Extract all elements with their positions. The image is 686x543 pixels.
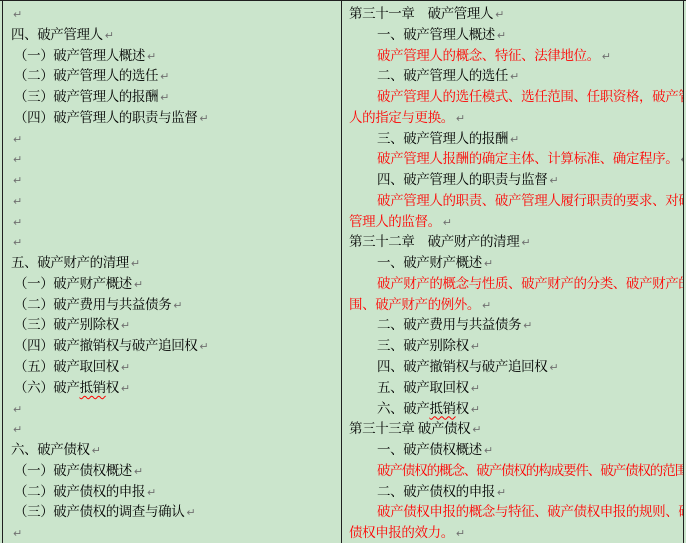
paragraph-mark-icon: ↵ [199, 340, 208, 353]
text-segment: 权 [456, 401, 469, 416]
paragraph-mark-icon: ↵ [497, 29, 506, 42]
text-line[interactable]: 三、破产管理人的报酬↵ [342, 129, 683, 150]
paragraph-mark-icon: ↵ [472, 423, 481, 436]
text-line[interactable]: ↵ [3, 419, 341, 440]
text-line[interactable]: 二、破产费用与共益债务↵ [342, 315, 683, 336]
paragraph-mark-icon: ↵ [13, 403, 22, 416]
text-segment: （三）破产别除权 [14, 317, 119, 332]
text-line[interactable]: 四、破产撤销权与破产追回权↵ [342, 357, 683, 378]
text-segment: 二、破产管理人的选任 [377, 68, 508, 83]
text-line[interactable]: （三）破产别除权↵ [3, 315, 341, 336]
text-line[interactable]: 六、破产抵销权↵ [342, 399, 683, 420]
text-segment: （四）破产撤销权与破产追回权 [14, 338, 197, 353]
text-segment: 一、破产财产概述 [377, 255, 482, 270]
text-segment: （六）破产 [14, 380, 80, 395]
paragraph-mark-icon: ↵ [13, 195, 22, 208]
text-line[interactable]: ↵ [3, 170, 341, 191]
text-line[interactable]: （四）破产撤销权与破产追回权↵ [3, 336, 341, 357]
text-segment: （一）破产债权概述 [14, 463, 132, 478]
text-line[interactable]: 破产管理人的概念、特征、法律地位。↵ [342, 46, 683, 67]
text-line[interactable]: 一、破产财产概述↵ [342, 253, 683, 274]
paragraph-mark-icon: ↵ [13, 174, 22, 187]
text-line[interactable]: 破产债权申报的概念与特征、破产债权申报的规则、破产 [342, 502, 683, 523]
text-segment: 一、破产债权概述 [377, 442, 482, 457]
paragraph-mark-icon: ↵ [160, 91, 169, 104]
text-segment: 破产债权的概念、破产债权的构成要件、破产债权的范围。 [377, 463, 684, 478]
text-line[interactable]: 第三十三章 破产债权↵ [342, 419, 683, 440]
text-segment: 二、破产债权的申报 [377, 484, 495, 499]
paragraph-mark-icon: ↵ [523, 319, 532, 332]
text-segment: 四、破产管理人 [11, 27, 103, 42]
text-line[interactable]: 四、破产管理人的职责与监督↵ [342, 170, 683, 191]
paragraph-mark-icon: ↵ [602, 50, 611, 63]
text-line[interactable]: （一）破产管理人概述↵ [3, 46, 341, 67]
text-line[interactable]: 一、破产债权概述↵ [342, 440, 683, 461]
paragraph-mark-icon: ↵ [147, 486, 156, 499]
paragraph-mark-icon: ↵ [484, 444, 493, 457]
paragraph-mark-icon: ↵ [121, 382, 130, 395]
text-line[interactable]: 围、破产财产的例外。↵ [342, 295, 683, 316]
paragraph-mark-icon: ↵ [13, 8, 22, 21]
paragraph-mark-icon: ↵ [471, 403, 480, 416]
text-segment: 第三十三章 破产债权 [349, 421, 470, 436]
text-segment: 权 [106, 380, 119, 395]
text-line[interactable]: （六）破产抵销权↵ [3, 378, 341, 399]
paragraph-mark-icon: ↵ [134, 278, 143, 291]
text-segment: 四、破产管理人的职责与监督 [377, 172, 547, 187]
text-line[interactable]: （三）破产债权的调查与确认↵ [3, 502, 341, 523]
text-segment: （二）破产管理人的选任 [14, 68, 158, 83]
text-line[interactable]: 破产管理人报酬的确定主体、计算标准、确定程序。↵ [342, 149, 683, 170]
text-line[interactable]: ↵ [3, 232, 341, 253]
text-line[interactable]: 破产管理人的选任模式、选任范围、任职资格，破产管理 [342, 87, 683, 108]
text-line[interactable]: ↵ [3, 212, 341, 233]
paragraph-mark-icon: ↵ [173, 299, 182, 312]
paragraph-mark-icon: ↵ [484, 257, 493, 270]
text-line[interactable]: 五、破产取回权↵ [342, 378, 683, 399]
text-segment: 六、破产 [377, 401, 429, 416]
text-segment: （二）破产债权的申报 [14, 484, 145, 499]
text-line[interactable]: 二、破产管理人的选任↵ [342, 66, 683, 87]
text-segment: （二）破产费用与共益债务 [14, 297, 171, 312]
paragraph-mark-icon: ↵ [13, 216, 22, 229]
text-line[interactable]: ↵ [3, 523, 341, 543]
text-segment: （三）破产管理人的报酬 [14, 89, 158, 104]
paragraph-mark-icon: ↵ [121, 361, 130, 374]
text-line[interactable]: 二、破产债权的申报↵ [342, 482, 683, 503]
text-segment: 破产管理人的选任模式、选任范围、任职资格，破产管理 [377, 89, 684, 104]
text-line[interactable]: ↵ [3, 399, 341, 420]
paragraph-mark-icon: ↵ [510, 70, 519, 83]
paragraph-mark-icon: ↵ [443, 216, 452, 229]
paragraph-mark-icon: ↵ [13, 527, 22, 540]
misspelled-word: 抵销 [80, 380, 106, 395]
text-segment: 破产管理人报酬的确定主体、计算标准、确定程序。 [377, 151, 678, 166]
text-segment: 五、破产财产的清理 [11, 255, 129, 270]
paragraph-mark-icon: ↵ [495, 8, 504, 21]
text-segment: 一、破产管理人概述 [377, 27, 495, 42]
text-segment: 管理人的监督。 [349, 214, 441, 229]
paragraph-mark-icon: ↵ [549, 174, 558, 187]
text-segment: 破产债权申报的概念与特征、破产债权申报的规则、破产 [377, 504, 684, 519]
text-line[interactable]: 第三十一章 破产管理人↵ [342, 4, 683, 25]
text-segment: 三、破产管理人的报酬 [377, 131, 508, 146]
text-line[interactable]: （五）破产取回权↵ [3, 357, 341, 378]
text-segment: 二、破产费用与共益债务 [377, 317, 521, 332]
paragraph-mark-icon: ↵ [121, 319, 130, 332]
text-line[interactable]: 六、破产债权↵ [3, 440, 341, 461]
text-line[interactable]: （二）破产费用与共益债务↵ [3, 295, 341, 316]
text-segment: （四）破产管理人的职责与监督 [14, 110, 197, 125]
text-line[interactable]: （二）破产债权的申报↵ [3, 482, 341, 503]
text-line[interactable]: 破产债权的概念、破产债权的构成要件、破产债权的范围。↵ [342, 461, 683, 482]
text-line[interactable]: 管理人的监督。↵ [342, 212, 683, 233]
text-line[interactable]: （四）破产管理人的职责与监督↵ [3, 108, 341, 129]
text-line[interactable]: ↵ [3, 191, 341, 212]
paragraph-mark-icon: ↵ [186, 506, 195, 519]
document-page: ↵四、破产管理人↵（一）破产管理人概述↵（二）破产管理人的选任↵（三）破产管理人… [0, 0, 686, 543]
text-line[interactable]: 人的指定与更换。↵ [342, 108, 683, 129]
text-line[interactable]: 破产管理人的职责、破产管理人履行职责的要求、对破产 [342, 191, 683, 212]
paragraph-mark-icon: ↵ [497, 486, 506, 499]
right-column[interactable]: 第三十一章 破产管理人↵一、破产管理人概述↵破产管理人的概念、特征、法律地位。↵… [342, 1, 684, 543]
text-line[interactable]: ↵ [3, 4, 341, 25]
paragraph-mark-icon: ↵ [549, 361, 558, 374]
text-line[interactable]: 破产财产的概念与性质、破产财产的分类、破产财产的范 [342, 274, 683, 295]
text-line[interactable]: （三）破产管理人的报酬↵ [3, 87, 341, 108]
text-segment: （一）破产财产概述 [14, 276, 132, 291]
paragraph-mark-icon: ↵ [160, 70, 169, 83]
paragraph-mark-icon: ↵ [456, 527, 465, 540]
text-segment: 五、破产取回权 [377, 380, 469, 395]
text-segment: 围、破产财产的例外。 [349, 297, 480, 312]
text-segment: 第三十二章 破产财产的清理 [349, 234, 519, 249]
paragraph-mark-icon: ↵ [456, 112, 465, 125]
text-line[interactable]: 债权申报的效力。↵ [342, 523, 683, 543]
paragraph-mark-icon: ↵ [510, 133, 519, 146]
text-segment: （三）破产债权的调查与确认 [14, 504, 184, 519]
paragraph-mark-icon: ↵ [471, 340, 480, 353]
paragraph-mark-icon: ↵ [134, 465, 143, 478]
text-line[interactable]: 四、破产管理人↵ [3, 25, 341, 46]
paragraph-mark-icon: ↵ [105, 29, 114, 42]
text-line[interactable]: （一）破产债权概述↵ [3, 461, 341, 482]
paragraph-mark-icon: ↵ [147, 50, 156, 63]
paragraph-mark-icon: ↵ [521, 236, 530, 249]
text-segment: 破产管理人的概念、特征、法律地位。 [377, 48, 600, 63]
text-line[interactable]: （二）破产管理人的选任↵ [3, 66, 341, 87]
text-segment: 人的指定与更换。 [349, 110, 454, 125]
left-column[interactable]: ↵四、破产管理人↵（一）破产管理人概述↵（二）破产管理人的选任↵（三）破产管理人… [2, 1, 341, 543]
text-segment: 三、破产别除权 [377, 338, 469, 353]
text-line[interactable]: 五、破产财产的清理↵ [3, 253, 341, 274]
text-line[interactable]: 三、破产别除权↵ [342, 336, 683, 357]
misspelled-word: 抵销 [429, 401, 455, 416]
text-segment: （一）破产管理人概述 [14, 48, 145, 63]
paragraph-mark-icon: ↵ [131, 257, 140, 270]
paragraph-mark-icon: ↵ [199, 112, 208, 125]
paragraph-mark-icon: ↵ [13, 423, 22, 436]
text-segment: 第三十一章 破产管理人 [349, 6, 493, 21]
text-segment: 破产财产的概念与性质、破产财产的分类、破产财产的范 [377, 276, 684, 291]
paragraph-mark-icon: ↵ [13, 236, 22, 249]
text-segment: （五）破产取回权 [14, 359, 119, 374]
paragraph-mark-icon: ↵ [92, 444, 101, 457]
paragraph-mark-icon: ↵ [13, 133, 22, 146]
paragraph-mark-icon: ↵ [482, 299, 491, 312]
text-line[interactable]: （一）破产财产概述↵ [3, 274, 341, 295]
text-line[interactable]: ↵ [3, 129, 341, 150]
text-segment: 债权申报的效力。 [349, 525, 454, 540]
paragraph-mark-icon: ↵ [471, 382, 480, 395]
text-segment: 四、破产撤销权与破产追回权 [377, 359, 547, 374]
text-line[interactable]: 一、破产管理人概述↵ [342, 25, 683, 46]
text-line[interactable]: 第三十二章 破产财产的清理↵ [342, 232, 683, 253]
text-line[interactable]: ↵ [3, 149, 341, 170]
text-segment: 破产管理人的职责、破产管理人履行职责的要求、对破产 [377, 193, 684, 208]
paragraph-mark-icon: ↵ [680, 153, 684, 166]
paragraph-mark-icon: ↵ [13, 153, 22, 166]
text-segment: 六、破产债权 [11, 442, 90, 457]
